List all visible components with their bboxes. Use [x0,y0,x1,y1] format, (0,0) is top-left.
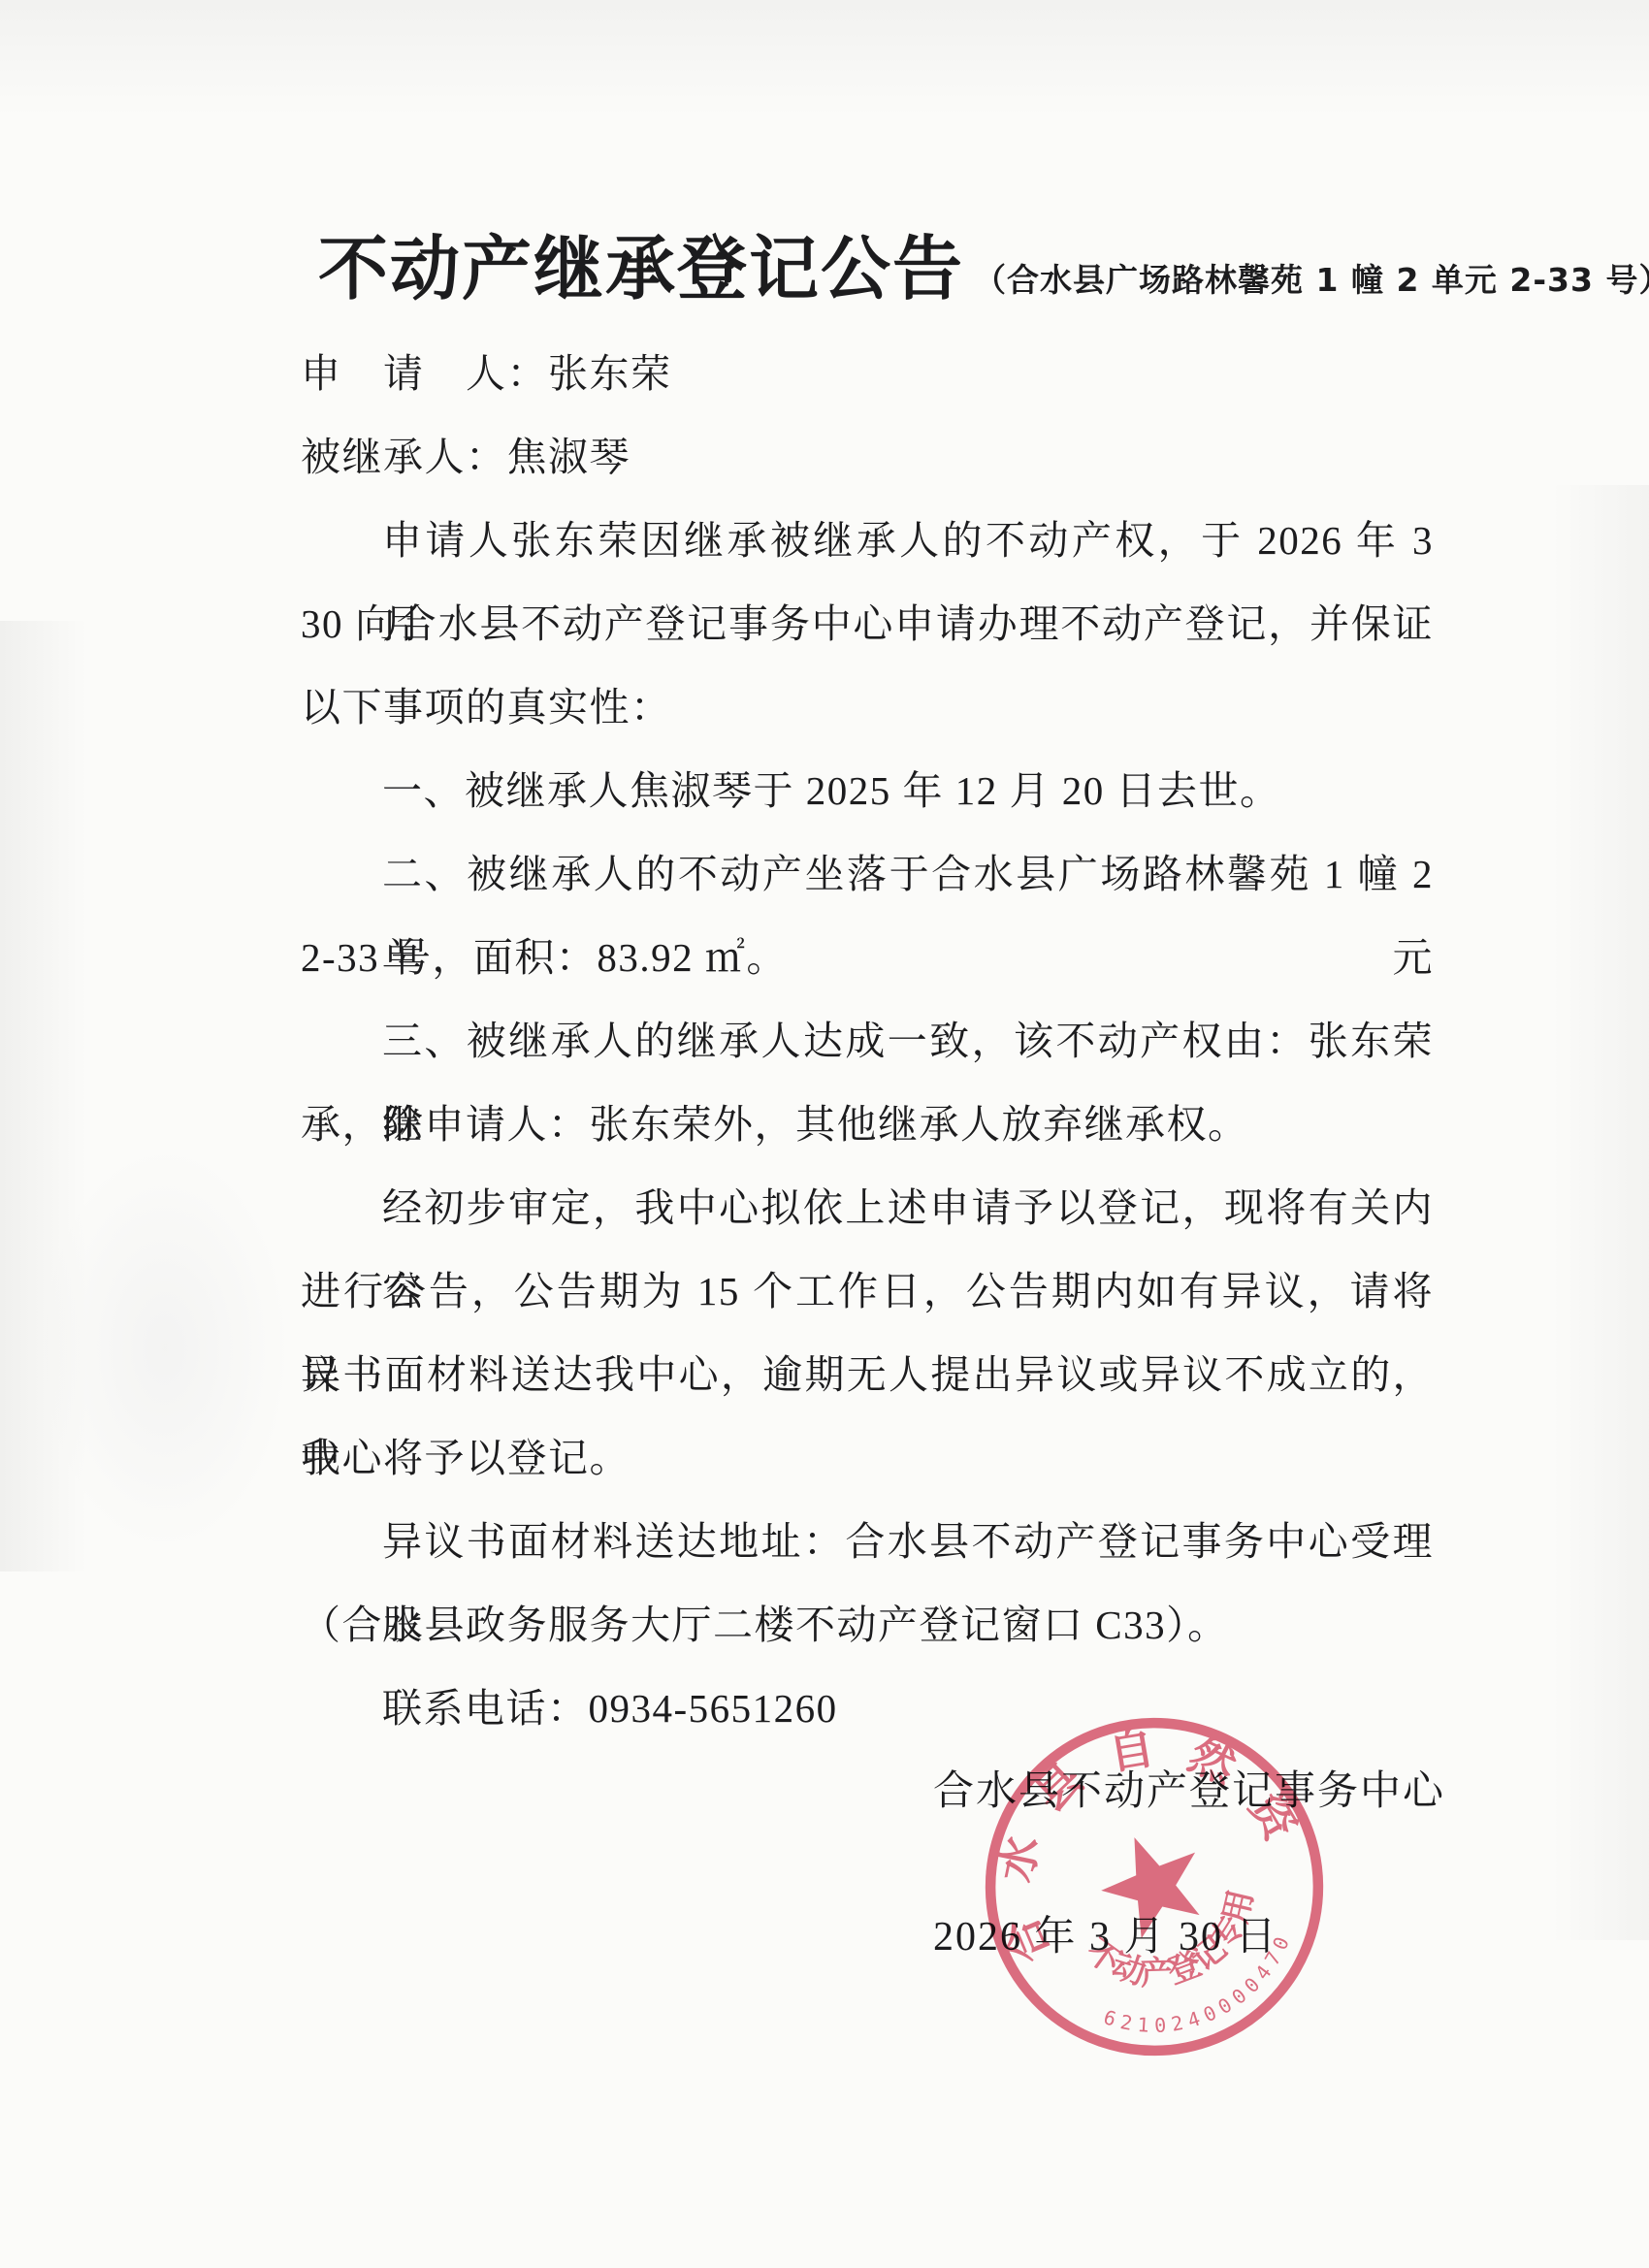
document-header: 不动产继承登记公告 （合水县广场路林馨苑 1 幢 2 单元 2-33 号） [318,231,1531,308]
phone-line: 联系电话：0934-5651260 [301,1667,1434,1750]
body-line: 30 向合水县不动产登记事务中心申请办理不动产登记，并保证 [301,582,1434,665]
item-three-line: 承，除申请人：张东荣外，其他继承人放弃继承权。 [301,1083,1434,1166]
body-line: 议书面材料送达我中心，逾期无人提出异议或异议不成立的，我 [301,1333,1434,1416]
document-title-note: （合水县广场路林馨苑 1 幢 2 单元 2-33 号） [964,263,1649,308]
body-line: 以下事项的真实性： [301,665,1434,749]
document-body: 申 请 人：张东荣 被继承人：焦淑琴 申请人张东荣因继承被继承人的不动产权，于 … [301,332,1434,1750]
item-three-line: 三、被继承人的继承人达成一致，该不动产权由：张东荣继 [301,999,1434,1083]
item-one-line: 一、被继承人焦淑琴于 2025 年 12 月 20 日去世。 [301,749,1434,832]
address-line: （合水县政务服务大厅二楼不动产登记窗口 C33）。 [301,1583,1434,1667]
address-line: 异议书面材料送达地址：合水县不动产登记事务中心受理股 [301,1500,1434,1583]
decedent-line: 被继承人：焦淑琴 [301,415,1434,499]
issuer-signature: 合水县不动产登记事务中心 [933,1758,1476,1826]
scan-artifact [0,621,87,1571]
scan-artifact [39,1145,291,1552]
item-two-line: 二、被继承人的不动产坐落于合水县广场路林馨苑 1 幢 2 单元 [301,832,1434,916]
issue-date: 2026 年 3 月 30 日 [933,1903,1476,1971]
body-line: 经初步审定，我中心拟依上述申请予以登记，现将有关内容 [301,1166,1434,1249]
body-line: 中心将予以登记。 [301,1416,1434,1500]
scan-artifact [1552,485,1649,1940]
applicant-line: 申 请 人：张东荣 [301,332,1434,415]
body-line: 申请人张东荣因继承被继承人的不动产权，于 2026 年 3 月 [301,499,1434,582]
scanned-document-page: 不动产继承登记公告 （合水县广场路林馨苑 1 幢 2 单元 2-33 号） 申 … [0,0,1649,2268]
body-line: 进行公告，公告期为 15 个工作日，公告期内如有异议，请将异 [301,1249,1434,1333]
document-title: 不动产继承登记公告 [318,231,964,308]
scan-artifact [0,0,1649,116]
